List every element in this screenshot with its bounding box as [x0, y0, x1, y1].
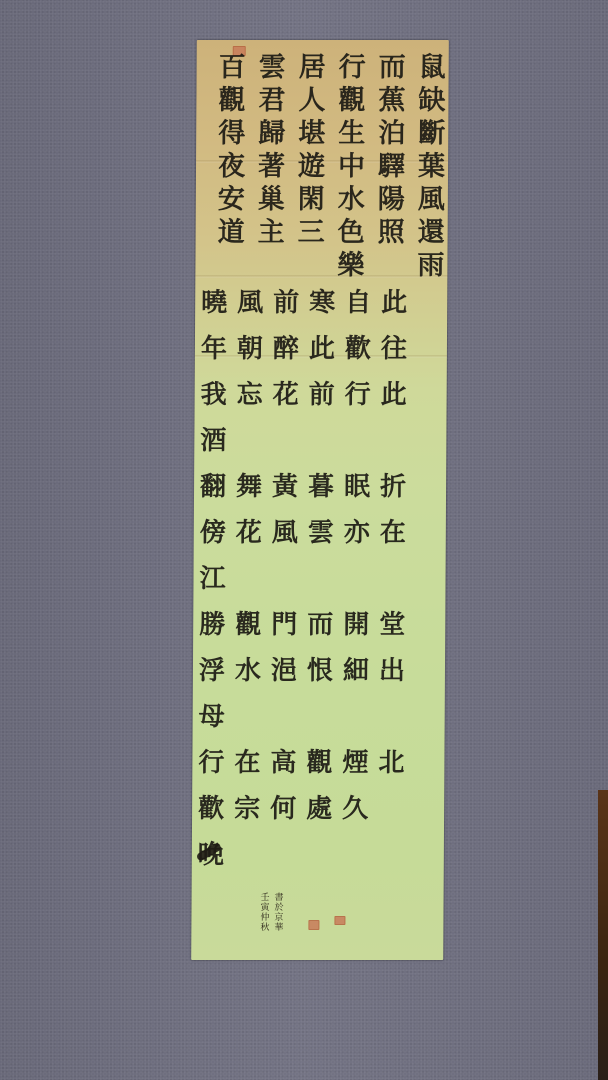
text-row: 曉風前寒自此 — [201, 280, 441, 326]
text-row: 行在高觀煙北 — [198, 740, 438, 786]
wooden-edge — [598, 790, 608, 1080]
paper-fold — [195, 275, 447, 278]
text-column: 而蕉泊驛陽照 — [374, 52, 403, 250]
text-row: 年朝醉此歡往 — [201, 326, 441, 372]
signature-seal — [334, 916, 345, 925]
text-column: 雲君歸著巢主 — [254, 52, 283, 250]
text-row: 傍花風雲亦在江 — [199, 510, 440, 602]
text-column: 鼠缺斷葉風還雨 — [413, 52, 442, 283]
text-column: 百觀得夜安道 — [214, 52, 243, 250]
signature-line: 書於京華 — [271, 892, 282, 932]
text-row: 翻舞黃暮眠折 — [200, 464, 440, 510]
signature-line: 壬寅仲秋 — [257, 892, 268, 932]
text-block: 曉風前寒自此 年朝醉此歡往 我忘花前行此酒 翻舞黃暮眠折 傍花風雲亦在江 勝觀門… — [198, 280, 442, 878]
signature-seal — [308, 920, 319, 930]
text-row: 浮水浥恨細出母 — [199, 648, 440, 740]
calligraphy-scroll: 鼠缺斷葉風還雨 而蕉泊驛陽照 行觀生中水色樂 居人堪遊閑三 雲君歸著巢主 百觀得… — [191, 40, 449, 960]
text-row: 歡宗何處久 — [198, 786, 438, 832]
text-column: 居人堪遊閑三 — [294, 52, 323, 250]
text-row: 勝觀門而開堂 — [199, 602, 439, 648]
text-row: 晚 — [198, 832, 438, 878]
text-row: 我忘花前行此酒 — [200, 372, 441, 464]
text-column: 行觀生中水色樂 — [333, 52, 362, 283]
